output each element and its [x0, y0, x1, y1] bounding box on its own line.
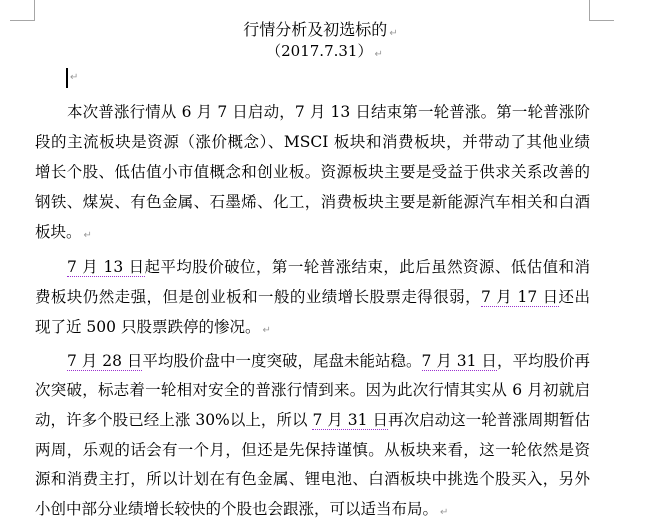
text-line-content: 板块。: [35, 223, 82, 241]
text-line: 次突破，标志着一轮相对安全的普涨行情到来。因为此次行情其实从 6 月初就启: [35, 381, 590, 399]
text-line: 钢铁、煤炭、有色金属、石墨烯、化工，消费板块主要是新能源汽车相关和白酒: [35, 193, 590, 211]
text-line-content: 还出: [559, 288, 590, 306]
document-subtitle-text: （2017.7.31）: [266, 42, 372, 60]
paragraph-mark-icon: ↵: [84, 230, 92, 241]
date-smart-tag[interactable]: 7 月 28 日: [67, 352, 142, 371]
text-line-content: 起平均股价破位，第一轮普涨结束，此后虽然资源、低估值和消: [145, 258, 591, 276]
date-smart-tag[interactable]: 7 月 31 日: [312, 411, 388, 430]
text-line: 源和消费主打，所以计划在有色金属、锂电池、白酒板块中挑选个股买入，另外: [35, 470, 590, 488]
paragraph-mark-icon: ↵: [440, 507, 448, 518]
text-line: 增长个股、低估值小市值概念和创业板。资源板块主要是受益于供求关系改善的: [35, 163, 590, 181]
date-smart-tag[interactable]: 7 月 31 日: [422, 352, 497, 371]
document-title: 行情分析及初选标的↵: [0, 21, 645, 43]
text-line: 动，许多个股已经上涨 30%以上，所以 7 月 31 日再次启动这一轮普涨周期暂…: [35, 411, 590, 429]
text-line-content: 小创中部分业绩增长较快的个股也会跟涨，可以适当布局。: [35, 500, 438, 518]
text-line-content: 费板块仍然走强，但是创业板和一般的业绩增长股票走得很弱，: [35, 288, 481, 306]
paragraph-mark-icon: ↵: [70, 72, 78, 83]
text-line: 7 月 28 日平均股价盘中一度突破，尾盘未能站稳。7 月 31 日，平均股价再: [67, 352, 590, 370]
text-line: 本次普涨行情从 6 月 7 日启动，7 月 13 日结束第一轮普涨。第一轮普涨阶: [67, 103, 590, 121]
text-line: 费板块仍然走强，但是创业板和一般的业绩增长股票走得很弱，7 月 17 日还出: [35, 288, 590, 306]
text-line: 现了近 500 只股票跌停的惨况。↵: [35, 318, 590, 336]
text-line: 两周，乐观的话会有一个月，但还是先保持谨慎。从板块来看，这一轮依然是资: [35, 441, 590, 459]
text-line-content: 再次启动这一轮普涨周期暂估: [388, 411, 590, 429]
date-smart-tag[interactable]: 7 月 17 日: [481, 288, 559, 307]
text-line: 小创中部分业绩增长较快的个股也会跟涨，可以适当布局。↵: [35, 500, 590, 518]
text-line: 板块。↵: [35, 223, 590, 241]
page-corner-mark-top-right: [589, 0, 614, 21]
document-subtitle: （2017.7.31）↵: [0, 42, 649, 64]
text-line-content: ，平均股价再: [497, 352, 590, 370]
paragraph-mark-icon: ↵: [389, 28, 397, 39]
paragraph-mark-icon: ↵: [262, 325, 270, 336]
page-corner-mark-top-left: [10, 0, 35, 21]
paragraph-mark-icon: ↵: [374, 49, 382, 60]
text-line: 段的主流板块是资源（涨价概念）、MSCI 板块和消费板块，并带动了其他业绩: [35, 133, 590, 151]
text-line-content: 动，许多个股已经上涨 30%以上，所以: [35, 411, 312, 429]
text-line-content: 平均股价盘中一度突破，尾盘未能站稳。: [142, 352, 421, 370]
date-smart-tag[interactable]: 7 月 13 日: [67, 258, 145, 277]
text-cursor: [66, 68, 68, 88]
text-line-content: 现了近 500 只股票跌停的惨况。: [35, 318, 260, 336]
document-title-text: 行情分析及初选标的: [243, 20, 387, 39]
text-line: 7 月 13 日起平均股价破位，第一轮普涨结束，此后虽然资源、低估值和消: [67, 258, 590, 276]
